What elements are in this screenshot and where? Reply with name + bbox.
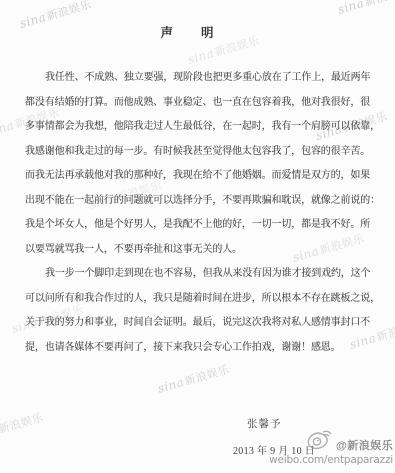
statement-body: 我任性、不成熟、独立要强，现阶段也把更多重心放在了工作上，最近两年 都没有结婚的… bbox=[25, 66, 371, 360]
body-line: 多事情都会为我想，他陪我走过人生最低谷，在一起时，我有一个肩膀可以依靠， bbox=[25, 115, 371, 140]
sina-logo-text: sina bbox=[156, 375, 186, 396]
body-line: 而我无法再承载他对我的那种好，我现在给不了他婚姻。而爱情是双方的，如果 bbox=[25, 164, 371, 189]
body-line: 关于我的努力和事业，时间自会证明。最后，说完这次我将对私人感情事封口不 bbox=[25, 311, 371, 336]
sina-logo-text: sina bbox=[0, 118, 16, 139]
sina-brand-text: 新浪娱乐 bbox=[363, 0, 395, 9]
body-line: 提，也请各媒体不要再问了，接下来我只会专心工作拍戏，谢谢！感恩。 bbox=[25, 336, 371, 361]
sina-logo-text: sina bbox=[186, 46, 216, 67]
statement-document: sina新浪娱乐 sina新浪娱乐 sina新浪娱乐 sina新浪娱乐 sina… bbox=[0, 0, 395, 473]
weibo-handle-text: @新浪娱乐 bbox=[336, 437, 393, 453]
sina-watermark: sina新浪娱乐 bbox=[336, 0, 395, 18]
body-line: 都没有结婚的打算。而他成熟、事业稳定、也一直在包容着我，他对我很好，很 bbox=[25, 91, 371, 116]
sina-logo-text: sina bbox=[336, 0, 366, 17]
signature-name: 张馨予 bbox=[247, 416, 282, 431]
body-line: 我任性、不成熟、独立要强，现阶段也把更多重心放在了工作上，最近两年 bbox=[25, 66, 371, 91]
page-title: 声 明 bbox=[0, 23, 375, 41]
sina-watermark: sina新浪娱乐 bbox=[0, 409, 45, 445]
sina-brand-text: 新浪娱乐 bbox=[183, 364, 231, 388]
sina-brand-text: 新浪娱乐 bbox=[375, 320, 395, 344]
body-line: 出现不能在一起前行的问题就可以选择分手，不要再欺骗和耽误，就像之前说的： bbox=[25, 189, 371, 214]
weibo-url-text: weibo.com/entpaparazzi bbox=[269, 454, 393, 466]
weibo-eye-icon bbox=[306, 427, 333, 451]
body-line: 我一步一个脚印走到现在也不容易，但我从来没有因为谁才接到戏约，这个 bbox=[25, 262, 371, 287]
body-line: 以要骂就骂我一人，不要再牵扯和这事无关的人。 bbox=[25, 238, 371, 263]
sina-watermark: sina新浪娱乐 bbox=[156, 361, 231, 397]
sina-brand-text: 新浪娱乐 bbox=[45, 0, 93, 23]
body-line: 我感谢他和我走过的每一步。有时候我甚至觉得他太包容我了，包容的很辛苦。 bbox=[25, 140, 371, 165]
body-line: 我是个坏女人，他是个好男人，是我配不上他的好，一切一切，都是我不好。所 bbox=[25, 213, 371, 238]
sina-brand-text: 新浪娱乐 bbox=[0, 412, 45, 436]
body-line: 可以问所有和我合作过的人，我只是随着时间在进步，所以根本不存在跳板之说， bbox=[25, 287, 371, 312]
